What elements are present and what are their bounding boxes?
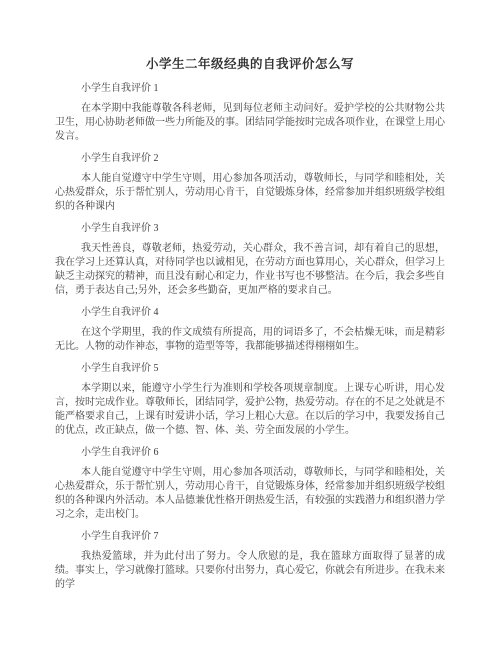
self-evaluation-section: 小学生自我评价 3我天性善良，尊敬老师，热爱劳动，关心群众，我不善言词，却有着自… [55,222,445,298]
section-body: 本人能自觉遵守中学生守则，用心参加各项活动，尊敬师长，与同学和睦相处，关心热爱群… [55,466,445,522]
self-evaluation-section: 小学生自我评价 5本学期以来，能遵守小学生行为准则和学校各项规章制度。上课专心听… [55,362,445,438]
section-body: 本学期以来，能遵守小学生行为准则和学校各项规章制度。上课专心听讲，用心发言，按时… [55,382,445,438]
self-evaluation-section: 小学生自我评价 2本人能自觉遵守中学生守则，用心参加各项活动，尊敬师长，与同学和… [55,152,445,214]
section-body: 本人能自觉遵守中学生守则，用心参加各项活动，尊敬师长，与同学和睦相处，关心热爱群… [55,172,445,214]
section-heading: 小学生自我评价 7 [55,530,445,544]
section-heading: 小学生自我评价 6 [55,446,445,460]
self-evaluation-section: 小学生自我评价 4在这个学期里，我的作文成绩有所提高，用的词语多了，不会枯燥无味… [55,306,445,354]
document-page: 小学生二年级经典的自我评价怎么写 小学生自我评价 1在本学期中我能尊敬各科老师，… [0,0,500,647]
section-body: 在这个学期里，我的作文成绩有所提高，用的词语多了，不会枯燥无味，而是精彩无比。人… [55,326,445,354]
self-evaluation-section: 小学生自我评价 1在本学期中我能尊敬各科老师，见到每位老师主动问好。爱护学校的公… [55,82,445,144]
sections-container: 小学生自我评价 1在本学期中我能尊敬各科老师，见到每位老师主动问好。爱护学校的公… [55,82,445,592]
section-heading: 小学生自我评价 2 [55,152,445,166]
section-body: 我天性善良，尊敬老师，热爱劳动，关心群众，我不善言词，却有着自己的思想，我在学习… [55,242,445,298]
section-heading: 小学生自我评价 4 [55,306,445,320]
section-heading: 小学生自我评价 1 [55,82,445,96]
section-body: 我热爱篮球，并为此付出了努力。令人欣慰的是，我在篮球方面取得了显著的成绩。事实上… [55,550,445,592]
self-evaluation-section: 小学生自我评价 7我热爱篮球，并为此付出了努力。令人欣慰的是，我在篮球方面取得了… [55,530,445,592]
section-body: 在本学期中我能尊敬各科老师，见到每位老师主动问好。爱护学校的公共财物公共卫生，用… [55,102,445,144]
section-heading: 小学生自我评价 3 [55,222,445,236]
section-heading: 小学生自我评价 5 [55,362,445,376]
page-title: 小学生二年级经典的自我评价怎么写 [55,57,445,72]
self-evaluation-section: 小学生自我评价 6本人能自觉遵守中学生守则，用心参加各项活动，尊敬师长，与同学和… [55,446,445,522]
